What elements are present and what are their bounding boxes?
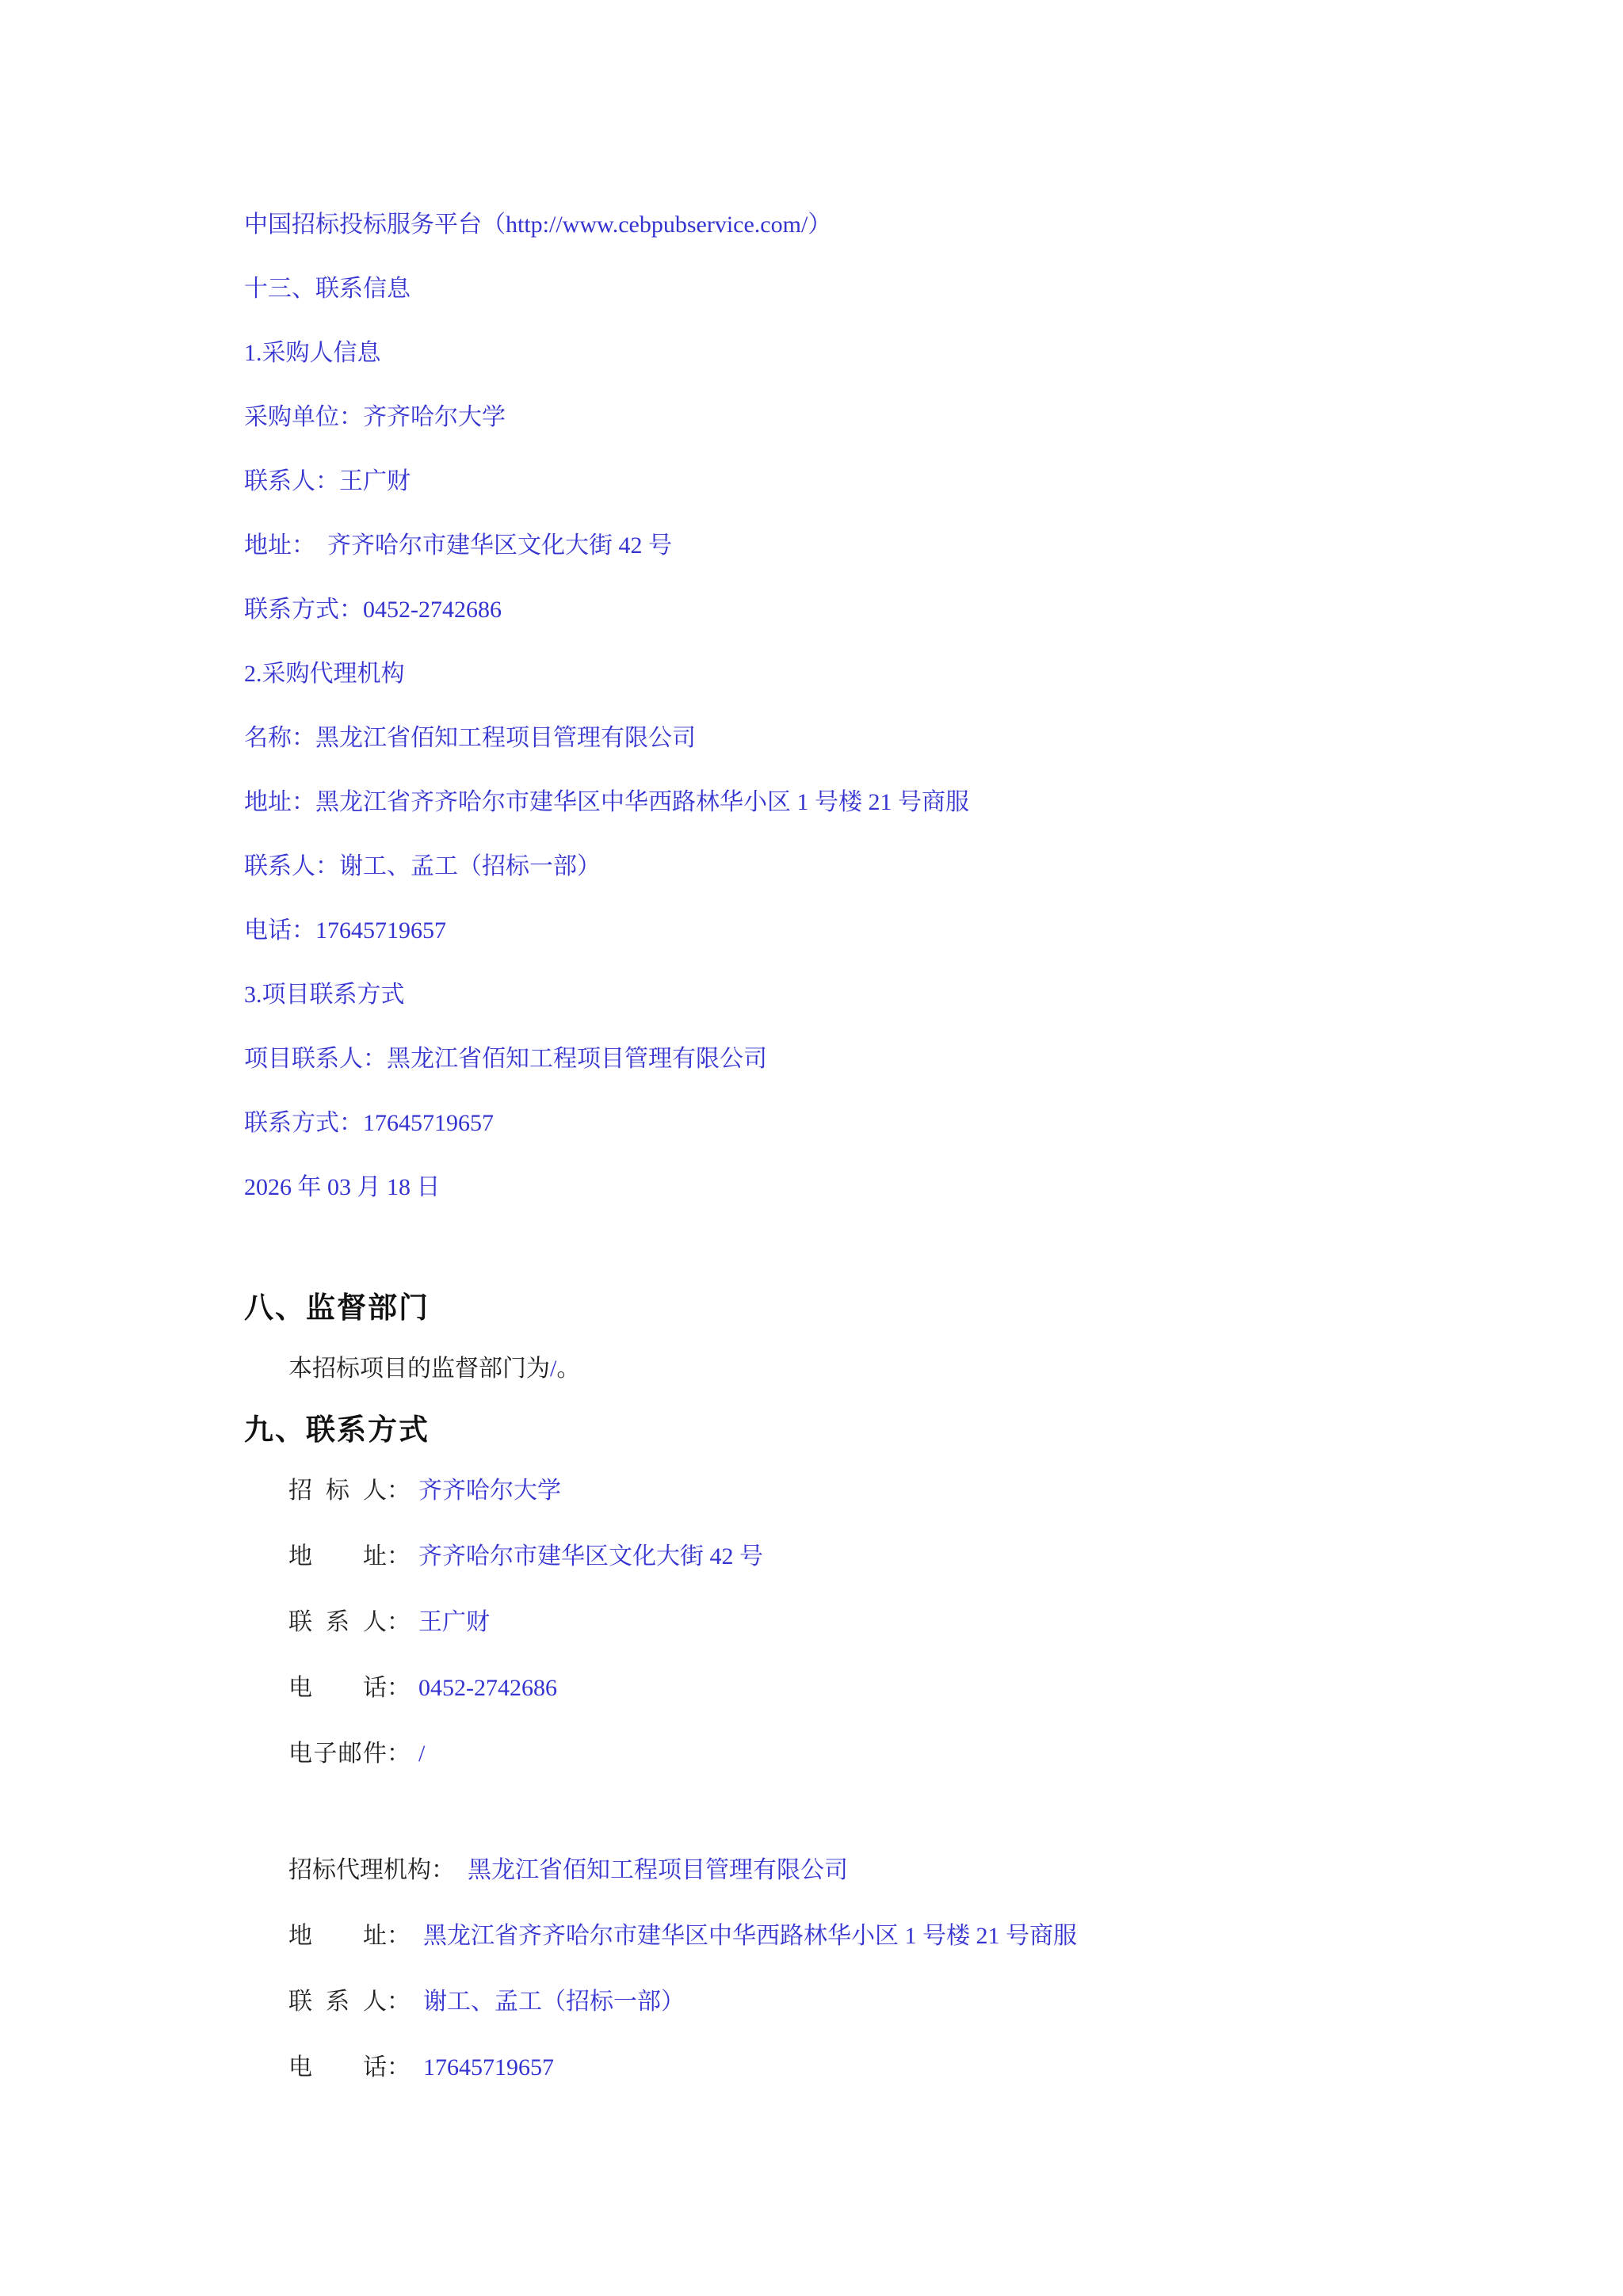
email-value: / xyxy=(418,1741,425,1767)
contact-person-row: 联系人：王广财 xyxy=(288,1589,1544,1655)
notice-line-heading-13: 十三、联系信息 xyxy=(244,257,1528,321)
label-colon: ： xyxy=(387,1923,411,1949)
agency-contact-rows: 招标代理机构：黑龙江省佰知工程项目管理有限公司 地址：黑龙江省齐齐哈尔市建华区中… xyxy=(244,1837,1544,2100)
contact-person-label: 联系人 xyxy=(288,1589,387,1655)
tenderer-row: 招标人：齐齐哈尔大学 xyxy=(288,1458,1544,1524)
agency-address-row: 地址：黑龙江省齐齐哈尔市建华区中华西路林华小区 1 号楼 21 号商服 xyxy=(288,1903,1544,1969)
agency-contact-person-label: 联系人 xyxy=(288,1969,387,2035)
label-colon: ： xyxy=(387,1989,411,2015)
contact-person-value: 王广财 xyxy=(418,1609,490,1635)
label-colon: ： xyxy=(387,1543,411,1569)
supervision-heading: 八、监督部门 xyxy=(244,1280,1544,1336)
address-value: 齐齐哈尔市建华区文化大街 42 号 xyxy=(418,1543,763,1569)
phone-row: 电话：0452-2742686 xyxy=(288,1655,1544,1721)
email-row: 电子邮件：/ xyxy=(288,1721,1544,1787)
phone-label: 电话 xyxy=(288,1655,387,1721)
notice-line-purchaser-phone: 联系方式：0452-2742686 xyxy=(244,578,1528,642)
notice-line-agency-address: 地址：黑龙江省齐齐哈尔市建华区中华西路林华小区 1 号楼 21 号商服 xyxy=(244,770,1528,834)
notice-line-date: 2026 年 03 月 18 日 xyxy=(244,1155,1528,1219)
agency-address-value: 黑龙江省齐齐哈尔市建华区中华西路林华小区 1 号楼 21 号商服 xyxy=(423,1923,1077,1949)
agency-label: 招标代理机构 xyxy=(288,1837,431,1903)
label-colon: ： xyxy=(387,1478,411,1504)
supervision-text: 本招标项目的监督部门为 xyxy=(288,1356,550,1382)
notice-line-purchaser-address: 地址： 齐齐哈尔市建华区文化大街 42 号 xyxy=(244,513,1528,578)
label-colon: ： xyxy=(387,1675,411,1701)
label-colon: ： xyxy=(387,2054,411,2081)
tenderer-label: 招标人 xyxy=(288,1458,387,1524)
agency-value: 黑龙江省佰知工程项目管理有限公司 xyxy=(468,1857,848,1883)
announcement-section: 八、监督部门 本招标项目的监督部门为/。 九、联系方式 招标人：齐齐哈尔大学 地… xyxy=(244,1280,1544,2100)
tenderer-value: 齐齐哈尔大学 xyxy=(418,1478,561,1504)
notice-line-purchaser-info-heading: 1.采购人信息 xyxy=(244,321,1528,385)
supervision-period: 。 xyxy=(556,1356,580,1382)
phone-value: 0452-2742686 xyxy=(418,1675,557,1701)
agency-contact-person-row: 联系人：谢工、孟工（招标一部） xyxy=(288,1969,1544,2035)
notice-line-purchaser-unit: 采购单位：齐齐哈尔大学 xyxy=(244,385,1528,449)
notice-line-agency-name: 名称：黑龙江省佰知工程项目管理有限公司 xyxy=(244,706,1528,770)
label-colon: ： xyxy=(387,1609,411,1635)
notice-line-agency-phone: 电话：17645719657 xyxy=(244,898,1528,963)
agency-address-label: 地址 xyxy=(288,1903,387,1969)
agency-row: 招标代理机构：黑龙江省佰知工程项目管理有限公司 xyxy=(288,1837,1544,1903)
notice-line-purchaser-contact: 联系人：王广财 xyxy=(244,449,1528,513)
notice-line-agency-heading: 2.采购代理机构 xyxy=(244,642,1528,706)
email-label: 电子邮件 xyxy=(288,1721,387,1787)
supervision-paragraph: 本招标项目的监督部门为/。 xyxy=(244,1336,1544,1402)
notice-line-agency-contact: 联系人：谢工、孟工（招标一部） xyxy=(244,834,1528,898)
label-colon: ： xyxy=(387,1741,411,1767)
notice-section: 中国招标投标服务平台（http://www.cebpubservice.com/… xyxy=(244,193,1528,1219)
document-page: 中国招标投标服务平台（http://www.cebpubservice.com/… xyxy=(0,0,1623,2296)
tenderer-contact-rows: 招标人：齐齐哈尔大学 地址：齐齐哈尔市建华区文化大街 42 号 联系人：王广财 … xyxy=(244,1458,1544,1787)
notice-line-project-contact-heading: 3.项目联系方式 xyxy=(244,963,1528,1027)
label-colon: ： xyxy=(431,1857,455,1883)
agency-phone-row: 电话：17645719657 xyxy=(288,2035,1544,2100)
agency-phone-value: 17645719657 xyxy=(423,2054,554,2081)
agency-contact-person-value: 谢工、孟工（招标一部） xyxy=(423,1989,685,2015)
notice-line-project-contact: 项目联系人：黑龙江省佰知工程项目管理有限公司 xyxy=(244,1027,1528,1091)
contact-heading: 九、联系方式 xyxy=(244,1402,1544,1458)
address-label: 地址 xyxy=(288,1524,387,1589)
address-row: 地址：齐齐哈尔市建华区文化大街 42 号 xyxy=(288,1524,1544,1589)
notice-line-project-phone: 联系方式：17645719657 xyxy=(244,1091,1528,1155)
notice-line-platform-url: 中国招标投标服务平台（http://www.cebpubservice.com/… xyxy=(244,193,1528,257)
agency-phone-label: 电话 xyxy=(288,2035,387,2100)
